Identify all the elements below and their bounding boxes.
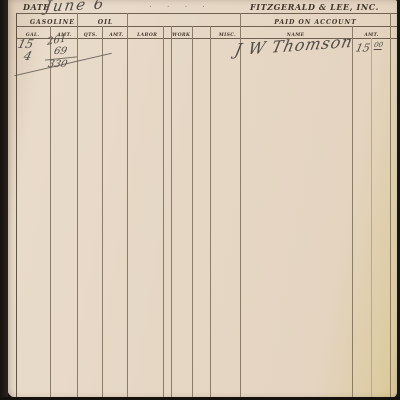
- rule-group-mid-paid: [240, 13, 241, 26]
- rule-left-border: [16, 13, 17, 398]
- rule-group-oil-mid: [127, 13, 128, 26]
- col-header-qts: QTS.: [77, 27, 102, 37]
- hw-paid-cents: 00: [373, 41, 384, 50]
- rule-cents-divider: [371, 38, 372, 398]
- rule-col-8: [240, 26, 241, 398]
- date-dotted-line: . . . .: [149, 0, 211, 10]
- photo-backdrop: DATE June 6 . . . . FITZGERALD & LEE, IN…: [0, 0, 400, 400]
- col-header-misc: MISC.: [210, 27, 240, 37]
- group-header-gasoline: GASOLINE: [16, 14, 86, 26]
- rule-col-9: [352, 26, 353, 398]
- rule-col-3: [102, 26, 103, 398]
- company-name: FITZGERALD & LEE, INC.: [250, 2, 379, 12]
- rule-col-4: [127, 26, 128, 398]
- col-header-work: WORK: [163, 27, 192, 37]
- hw-paid-dollars: 15: [355, 42, 372, 55]
- rule-right-border: [390, 13, 391, 398]
- hw-paid-amount: 15 00: [355, 41, 384, 55]
- rule-col-5a: [163, 26, 164, 398]
- col-header-amt-paid: AMT.: [352, 27, 390, 37]
- col-header-labor: LABOR: [127, 27, 163, 37]
- ledger-slip-paper: DATE June 6 . . . . FITZGERALD & LEE, IN…: [7, 0, 397, 398]
- rule-col-7: [210, 26, 211, 398]
- rule-col-5b: [171, 26, 172, 398]
- rule-group-gas-oil: [77, 13, 78, 26]
- rule-col-6: [192, 26, 193, 398]
- rule-col-2: [77, 26, 78, 398]
- rule-col-1: [50, 26, 51, 398]
- group-header-oil: OIL: [77, 14, 134, 26]
- group-header-paid-on-account: PAID ON ACCOUNT: [240, 14, 390, 26]
- backdrop-left-edge: [0, 0, 8, 400]
- hw-amount-row2: 69: [53, 46, 68, 57]
- col-header-gal: GAL.: [16, 27, 50, 37]
- col-header-amt-oil: AMT.: [102, 27, 127, 37]
- hw-gallons-row2: 4: [22, 49, 33, 63]
